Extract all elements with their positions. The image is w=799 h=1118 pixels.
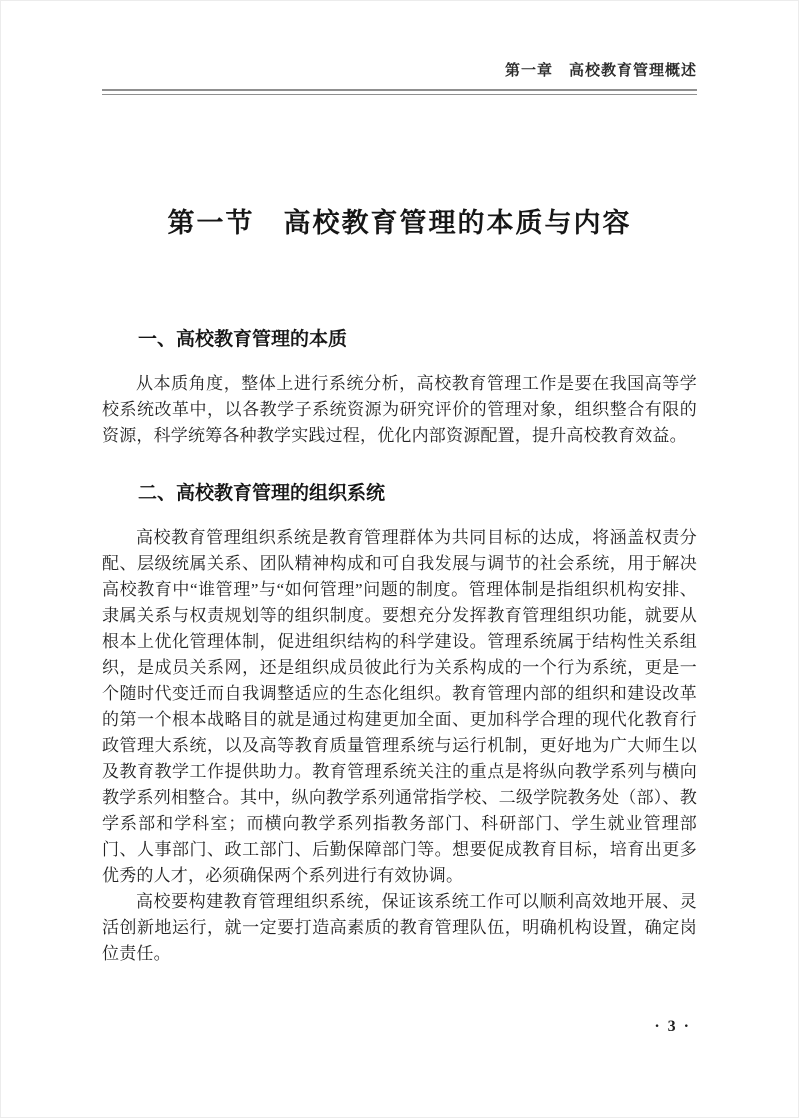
page-title: 第一节 高校教育管理的本质与内容	[102, 205, 697, 241]
paragraph: 高校教育管理组织系统是教育管理群体为共同目标的达成，将涵盖权责分配、层级统属关系…	[102, 525, 697, 889]
section-heading-1: 一、高校教育管理的本质	[138, 327, 697, 353]
page-number: · 3 ·	[654, 1018, 691, 1036]
section-essence: 一、高校教育管理的本质 从本质角度，整体上进行系统分析，高校教育管理工作是要在我…	[102, 327, 697, 449]
header-divider-rule	[102, 89, 697, 95]
book-page: 第一章 高校教育管理概述 第一节 高校教育管理的本质与内容 一、高校教育管理的本…	[0, 0, 799, 1118]
paragraph: 高校要构建教育管理组织系统，保证该系统工作可以顺利高效地开展、灵活创新地运行，就…	[102, 889, 697, 967]
section-heading-2: 二、高校教育管理的组织系统	[138, 481, 697, 507]
section-organization-system: 二、高校教育管理的组织系统 高校教育管理组织系统是教育管理群体为共同目标的达成，…	[102, 481, 697, 967]
running-header: 第一章 高校教育管理概述	[102, 0, 697, 80]
paragraph: 从本质角度，整体上进行系统分析，高校教育管理工作是要在我国高等学校系统改革中，以…	[102, 371, 697, 449]
